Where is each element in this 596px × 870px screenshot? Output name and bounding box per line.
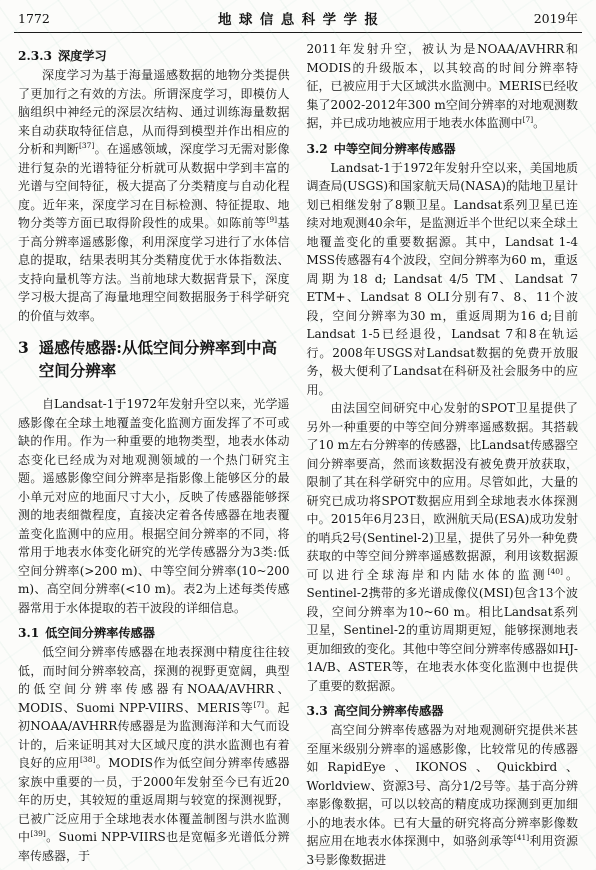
heading-text: 中等空间分辨率传感器 xyxy=(334,140,456,157)
citation-ref: [9] xyxy=(266,215,277,224)
citation-ref: [7] xyxy=(523,115,534,124)
heading-number: 3.3 xyxy=(307,704,328,718)
citation-ref: [39] xyxy=(30,829,45,838)
heading-number: 3 xyxy=(18,336,29,382)
paragraph: 深度学习为基于海量遥感数据的地物分类提供了更加行之有效的方法。所谓深度学习，即模… xyxy=(18,66,290,325)
citation-ref: [37] xyxy=(79,141,94,150)
page-header: 1772 地球信息科学学报 2019年 xyxy=(0,0,596,27)
paragraph: 2011年发射升空，被认为是NOAA/AVHRR和MODIS的升级版本，以其较高… xyxy=(307,40,579,133)
left-column: 2.3.3深度学习深度学习为基于海量遥感数据的地物分类提供了更加行之有效的方法。… xyxy=(18,40,290,868)
section-heading: 3遥感传感器:从低空间分辨率到中高空间分辨率 xyxy=(18,336,290,382)
right-column: 2011年发射升空，被认为是NOAA/AVHRR和MODIS的升级版本，以其较高… xyxy=(307,40,579,868)
citation-ref: [40] xyxy=(548,567,563,576)
heading-text: 低空间分辨率传感器 xyxy=(45,624,155,641)
heading-text: 高空间分辨率传感器 xyxy=(334,702,444,719)
heading-text: 遥感传感器:从低空间分辨率到中高空间分辨率 xyxy=(39,336,290,382)
citation-ref: [7] xyxy=(253,700,264,709)
heading-text: 深度学习 xyxy=(58,47,107,64)
paragraph: 自Landsat-1于1972年发射升空以来，光学遥感影像在全球土地覆盖变化监测… xyxy=(18,395,290,617)
subsection-heading: 2.3.3深度学习 xyxy=(18,47,290,64)
subsection-heading: 3.2中等空间分辨率传感器 xyxy=(307,140,579,157)
paragraph: Landsat-1于1972年发射升空以来，美国地质调查局(USGS)和国家航天… xyxy=(307,159,579,400)
subsection-heading: 3.1低空间分辨率传感器 xyxy=(18,624,290,641)
citation-ref: [38] xyxy=(80,755,95,764)
paragraph: 高空间分辨率传感器为对地观测研究提供米甚至厘米级别分辨率的遥感影像，比较常见的传… xyxy=(307,721,579,868)
heading-number: 2.3.3 xyxy=(18,49,52,63)
article-body: 2.3.3深度学习深度学习为基于海量遥感数据的地物分类提供了更加行之有效的方法。… xyxy=(0,33,596,868)
paragraph: 由法国空间研究中心发射的SPOT卫星提供了另外一种重要的中等空间分辨率遥感数据。… xyxy=(307,399,579,695)
journal-page: 1772 地球信息科学学报 2019年 2.3.3深度学习深度学习为基于海量遥感… xyxy=(0,0,596,870)
heading-number: 3.2 xyxy=(307,142,328,156)
heading-number: 3.1 xyxy=(18,626,39,640)
subsection-heading: 3.3高空间分辨率传感器 xyxy=(307,702,579,719)
journal-title: 地球信息科学学报 xyxy=(0,8,596,28)
paragraph: 低空间分辨率传感器在地表探测中精度往往较低，而时间分辨率较高，探测的视野更宽阔，… xyxy=(18,643,290,865)
citation-ref: [41] xyxy=(514,833,529,842)
